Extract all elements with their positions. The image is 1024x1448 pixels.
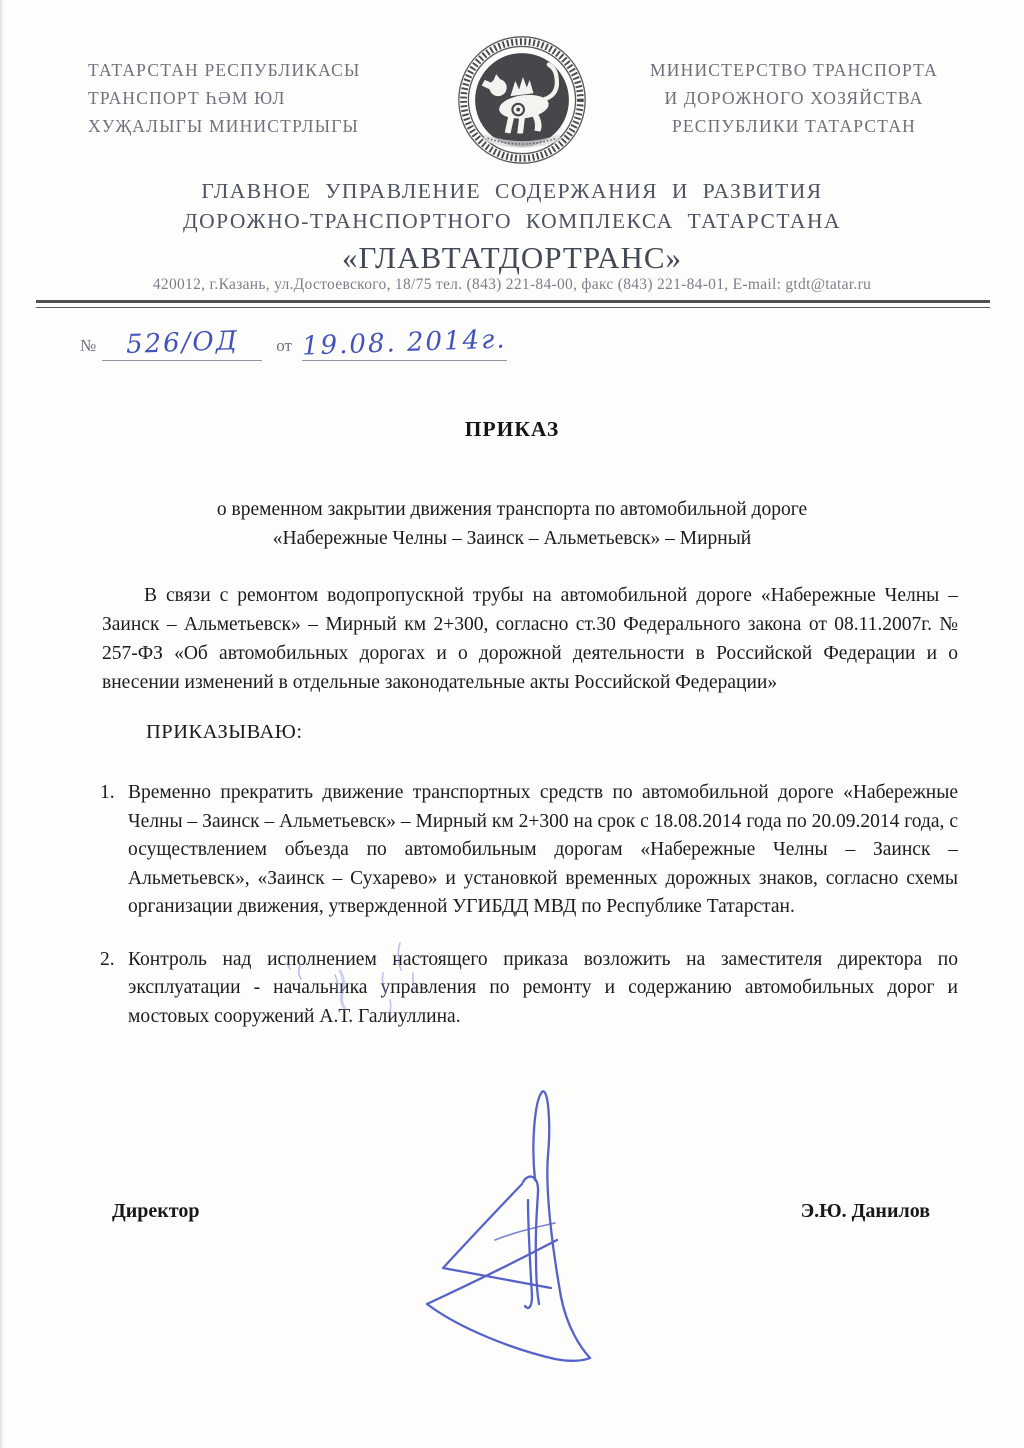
item-text: Контроль над исполнением настоящего прик… xyxy=(128,949,958,1027)
handwritten-signature-icon xyxy=(415,1082,655,1372)
order-item-2: 2.Контроль над исполнением настоящего пр… xyxy=(100,946,958,1032)
subject-line: о временном закрытии движения транспорта… xyxy=(110,495,914,524)
document-subject: о временном закрытии движения транспорта… xyxy=(110,495,914,553)
org-name-russian-line: РЕСПУБЛИКИ ТАТАРСТАН xyxy=(608,112,980,140)
org-name-tatar-line: ТАТАРСТАН РЕСПУБЛИКАСЫ xyxy=(88,56,428,84)
department-line: ДОРОЖНО-ТРАНСПОРТНОГО КОМПЛЕКСА ТАТАРСТА… xyxy=(0,206,1024,236)
org-name-russian-line: МИНИСТЕРСТВО ТРАНСПОРТА xyxy=(608,56,980,84)
scanned-order-document: ТАТАРСТАН РЕСПУБЛИКАСЫ ТРАНСПОРТ ҺӘМ ЮЛ … xyxy=(0,0,1024,1448)
ink-smudge-icon xyxy=(262,933,432,1028)
subject-line: «Набережные Челны – Заинск – Альметьевск… xyxy=(110,524,914,553)
signature-row: Директор Э.Ю. Данилов xyxy=(0,1200,1024,1223)
signer-position: Директор xyxy=(112,1200,200,1223)
signer-name: Э.Ю. Данилов xyxy=(801,1200,930,1223)
number-label: № xyxy=(80,336,96,355)
item-number: 2. xyxy=(100,946,115,975)
document-title: ПРИКАЗ xyxy=(0,417,1024,442)
org-address: 420012, г.Казань, ул.Достоевского, 18/75… xyxy=(0,276,1024,294)
order-item-1: 1.Временно прекратить движение транспорт… xyxy=(100,779,958,922)
preamble-paragraph: В связи с ремонтом водопропускной трубы … xyxy=(102,581,958,697)
org-name-tatar-line: ТРАНСПОРТ ҺӘМ ЮЛ xyxy=(88,84,428,112)
department-name: ГЛАВНОЕ УПРАВЛЕНИЕ СОДЕРЖАНИЯ И РАЗВИТИЯ… xyxy=(0,176,1024,278)
item-text: Временно прекратить движение транспортны… xyxy=(128,782,958,917)
department-line: ГЛАВНОЕ УПРАВЛЕНИЕ СОДЕРЖАНИЯ И РАЗВИТИЯ xyxy=(0,176,1024,206)
letterhead-divider xyxy=(36,300,990,308)
org-name-tatar: ТАТАРСТАН РЕСПУБЛИКАСЫ ТРАНСПОРТ ҺӘМ ЮЛ … xyxy=(88,56,428,140)
handwritten-doc-number: 526/ОД xyxy=(125,326,239,360)
org-name-russian: МИНИСТЕРСТВО ТРАНСПОРТА И ДОРОЖНОГО ХОЗЯ… xyxy=(608,56,980,140)
tatarstan-coat-of-arms-seal-icon xyxy=(455,33,589,167)
doc-number-line: №526/ОДот19.08. 2014г. xyxy=(80,328,507,374)
order-word: ПРИКАЗЫВАЮ: xyxy=(146,721,303,744)
handwritten-doc-date: 19.08. 2014г. xyxy=(301,324,506,361)
org-name-tatar-line: ХУҖАЛЫГЫ МИНИСТРЛЫГЫ xyxy=(88,112,428,140)
date-label: от xyxy=(276,336,292,355)
org-short-name: «ГЛАВТАТДОРТРАНС» xyxy=(0,238,1024,278)
order-items-list: 1.Временно прекратить движение транспорт… xyxy=(100,779,958,1031)
item-number: 1. xyxy=(100,779,115,808)
org-name-russian-line: И ДОРОЖНОГО ХОЗЯЙСТВА xyxy=(608,84,980,112)
